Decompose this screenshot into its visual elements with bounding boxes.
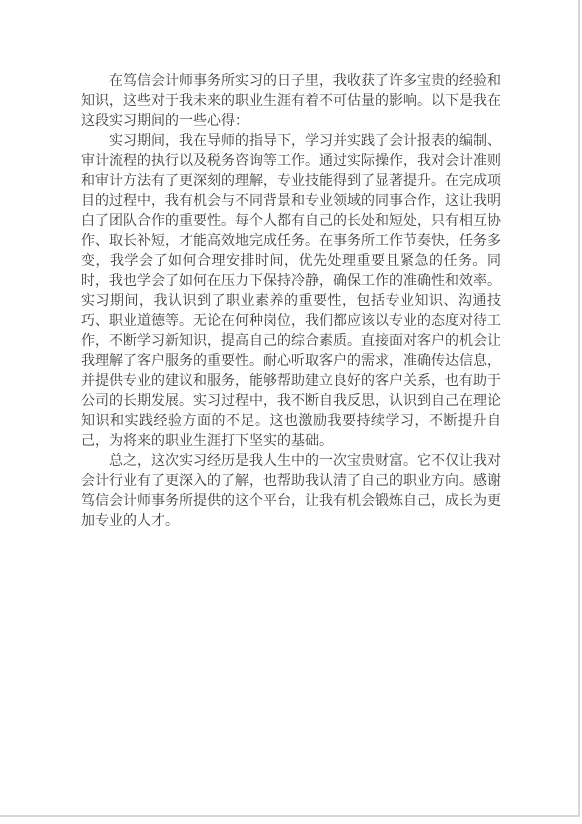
paragraph-main-experience: 实习期间，我在导师的指导下，学习并实践了会计报表的编制、审计流程的执行以及税务咨…	[81, 132, 501, 452]
paragraph-conclusion: 总之，这次实习经历是我人生中的一次宝贵财富。它不仅让我对会计行业有了更深入的了解…	[81, 452, 501, 532]
document-page: 在笃信会计师事务所实习的日子里，我收获了许多宝贵的经验和知识，这些对于我未来的职…	[0, 0, 580, 817]
paragraph-intro: 在笃信会计师事务所实习的日子里，我收获了许多宝贵的经验和知识，这些对于我未来的职…	[81, 72, 501, 132]
document-body: 在笃信会计师事务所实习的日子里，我收获了许多宝贵的经验和知识，这些对于我未来的职…	[81, 72, 501, 532]
document-viewport: 在笃信会计师事务所实习的日子里，我收获了许多宝贵的经验和知识，这些对于我未来的职…	[0, 0, 582, 824]
